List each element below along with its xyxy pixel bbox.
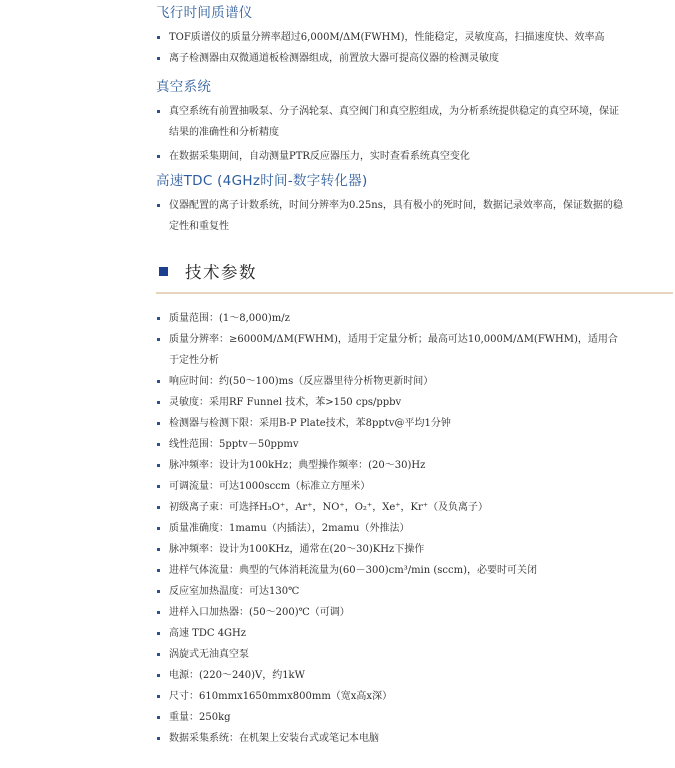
list-item-text: 灵敏度：采用RF Funnel 技术，苯>150 cps/ppbv	[169, 397, 401, 408]
list-item: 真空系统有前置抽吸泵、分子涡轮泵、真空阀门和真空腔组成，为分析系统提供稳定的真空…	[156, 101, 624, 143]
bullet-icon	[157, 380, 160, 383]
list-item: TOF质谱仪的质量分辨率超过6,000M/ΔM(FWHM)，性能稳定，灵敏度高，…	[156, 27, 624, 48]
list-item-text: TOF质谱仪的质量分辨率超过6,000M/ΔM(FWHM)，性能稳定，灵敏度高，…	[169, 32, 604, 43]
bullet-icon	[157, 653, 160, 656]
list-item: 进样气体流量：典型的气体消耗流量为(60－300)cm³/min (sccm)，…	[156, 560, 624, 581]
bullet-icon	[157, 506, 160, 509]
bullet-icon	[157, 485, 160, 488]
list-item: 检测器与检测下限：采用B-P Plate技术，苯8pptv@平均1分钟	[156, 413, 624, 434]
bullet-icon	[157, 464, 160, 467]
bullet-icon	[157, 443, 160, 446]
list-item-text: 反应室加热温度：可达130℃	[169, 586, 299, 597]
list-item-text: 重量：250kg	[169, 712, 231, 723]
list-item: 初级离子束：可选择H₃O⁺，Ar⁺，NO⁺，O₂⁺，Xe⁺，Kr⁺（及负离子）	[156, 497, 624, 518]
bullet-icon	[157, 611, 160, 614]
bullet-icon	[157, 155, 160, 158]
section-tof: 飞行时间质谱仪 TOF质谱仪的质量分辨率超过6,000M/ΔM(FWHM)，性能…	[156, 2, 624, 69]
list-item-text: 仪器配置的离子计数系统，时间分辨率为0.25ns，具有极小的死时间，数据记录效率…	[169, 200, 623, 232]
section-heading: 高速TDC (4GHz时间-数字转化器)	[156, 170, 624, 192]
list-item-text: 质量范围：(1～8,000)m/z	[169, 313, 290, 324]
section-tdc: 高速TDC (4GHz时间-数字转化器) 仪器配置的离子计数系统，时间分辨率为0…	[156, 170, 624, 237]
list-item-text: 线性范围：5pptv－50ppmv	[169, 439, 299, 450]
list-item: 质量准确度：1mamu（内插法），2mamu（外推法）	[156, 518, 624, 539]
list-item-text: 质量分辨率：≥6000M/ΔM(FWHM)，适用于定量分析；最高可达10,000…	[169, 334, 618, 366]
list-item: 脉冲频率：设计为100KHz，通常在(20～30)KHz下操作	[156, 539, 624, 560]
list-item: 灵敏度：采用RF Funnel 技术，苯>150 cps/ppbv	[156, 392, 624, 413]
bullet-icon	[157, 36, 160, 39]
list-item: 仪器配置的离子计数系统，时间分辨率为0.25ns，具有极小的死时间，数据记录效率…	[156, 195, 624, 237]
bullet-icon	[157, 422, 160, 425]
list-item: 脉冲频率：设计为100kHz；典型操作频率：(20～30)Hz	[156, 455, 624, 476]
bullet-icon	[157, 204, 160, 207]
list-item: 数据采集系统：在机架上安装台式或笔记本电脑	[156, 728, 624, 749]
list-item: 离子检测器由双微通道板检测器组成，前置放大器可提高仪器的检测灵敏度	[156, 48, 624, 69]
list-item-text: 脉冲频率：设计为100KHz，通常在(20～30)KHz下操作	[169, 544, 424, 555]
list-item: 涡旋式无油真空泵	[156, 644, 624, 665]
list-item: 高速 TDC 4GHz	[156, 623, 624, 644]
bullet-icon	[157, 57, 160, 60]
list-item-text: 可调流量：可达1000sccm（标准立方厘米）	[169, 481, 370, 492]
bullet-list: 真空系统有前置抽吸泵、分子涡轮泵、真空阀门和真空腔组成，为分析系统提供稳定的真空…	[156, 101, 624, 167]
page-section-title: 技术参数	[185, 259, 257, 283]
list-item-text: 数据采集系统：在机架上安装台式或笔记本电脑	[169, 733, 379, 744]
list-item-text: 质量准确度：1mamu（内插法），2mamu（外推法）	[169, 523, 409, 534]
list-item-text: 离子检测器由双微通道板检测器组成，前置放大器可提高仪器的检测灵敏度	[169, 53, 499, 64]
list-item: 响应时间：约(50～100)ms（反应器里待分析物更新时间）	[156, 371, 624, 392]
list-item: 质量分辨率：≥6000M/ΔM(FWHM)，适用于定量分析；最高可达10,000…	[156, 329, 624, 371]
list-item-text: 初级离子束：可选择H₃O⁺，Ar⁺，NO⁺，O₂⁺，Xe⁺，Kr⁺（及负离子）	[169, 502, 488, 513]
list-item: 重量：250kg	[156, 707, 624, 728]
bullet-icon	[157, 548, 160, 551]
tech-params-list: 质量范围：(1～8,000)m/z 质量分辨率：≥6000M/ΔM(FWHM)，…	[156, 308, 624, 749]
bullet-icon	[157, 527, 160, 530]
list-item: 尺寸：610mmx1650mmx800mm（宽x高x深）	[156, 686, 624, 707]
list-item-text: 涡旋式无油真空泵	[169, 649, 249, 660]
list-item: 电源：(220～240)V，约1kW	[156, 665, 624, 686]
list-item-text: 进样气体流量：典型的气体消耗流量为(60－300)cm³/min (sccm)，…	[169, 565, 537, 576]
bullet-icon	[157, 737, 160, 740]
tech-params-header: 技术参数	[156, 258, 257, 284]
bullet-icon	[157, 695, 160, 698]
list-item-text: 在数据采集期间，自动测量PTR反应器压力，实时查看系统真空变化	[169, 151, 470, 162]
bullet-list: TOF质谱仪的质量分辨率超过6,000M/ΔM(FWHM)，性能稳定，灵敏度高，…	[156, 27, 624, 69]
list-item-text: 电源：(220～240)V，约1kW	[169, 670, 305, 681]
list-item-text: 高速 TDC 4GHz	[169, 628, 246, 639]
list-item: 线性范围：5pptv－50ppmv	[156, 434, 624, 455]
divider	[156, 292, 673, 294]
list-item: 反应室加热温度：可达130℃	[156, 581, 624, 602]
list-item: 进样入口加热器：(50～200)℃（可调）	[156, 602, 624, 623]
bullet-icon	[157, 338, 160, 341]
section-heading: 飞行时间质谱仪	[156, 2, 624, 24]
bullet-list: 仪器配置的离子计数系统，时间分辨率为0.25ns，具有极小的死时间，数据记录效率…	[156, 195, 624, 237]
list-item: 在数据采集期间，自动测量PTR反应器压力，实时查看系统真空变化	[156, 146, 624, 167]
list-item: 可调流量：可达1000sccm（标准立方厘米）	[156, 476, 624, 497]
section-vacuum: 真空系统 真空系统有前置抽吸泵、分子涡轮泵、真空阀门和真空腔组成，为分析系统提供…	[156, 76, 624, 167]
bullet-icon	[157, 632, 160, 635]
list-item-text: 响应时间：约(50～100)ms（反应器里待分析物更新时间）	[169, 376, 433, 387]
list-item-text: 真空系统有前置抽吸泵、分子涡轮泵、真空阀门和真空腔组成，为分析系统提供稳定的真空…	[169, 106, 619, 138]
square-marker-icon	[159, 267, 168, 276]
list-item-text: 尺寸：610mmx1650mmx800mm（宽x高x深）	[169, 691, 392, 702]
bullet-icon	[157, 401, 160, 404]
bullet-icon	[157, 569, 160, 572]
bullet-icon	[157, 317, 160, 320]
bullet-icon	[157, 674, 160, 677]
bullet-icon	[157, 590, 160, 593]
list-item-text: 检测器与检测下限：采用B-P Plate技术，苯8pptv@平均1分钟	[169, 418, 451, 429]
list-item-text: 脉冲频率：设计为100kHz；典型操作频率：(20～30)Hz	[169, 460, 425, 471]
bullet-icon	[157, 716, 160, 719]
list-item-text: 进样入口加热器：(50～200)℃（可调）	[169, 607, 350, 618]
section-heading: 真空系统	[156, 76, 624, 98]
bullet-icon	[157, 110, 160, 113]
list-item: 质量范围：(1～8,000)m/z	[156, 308, 624, 329]
